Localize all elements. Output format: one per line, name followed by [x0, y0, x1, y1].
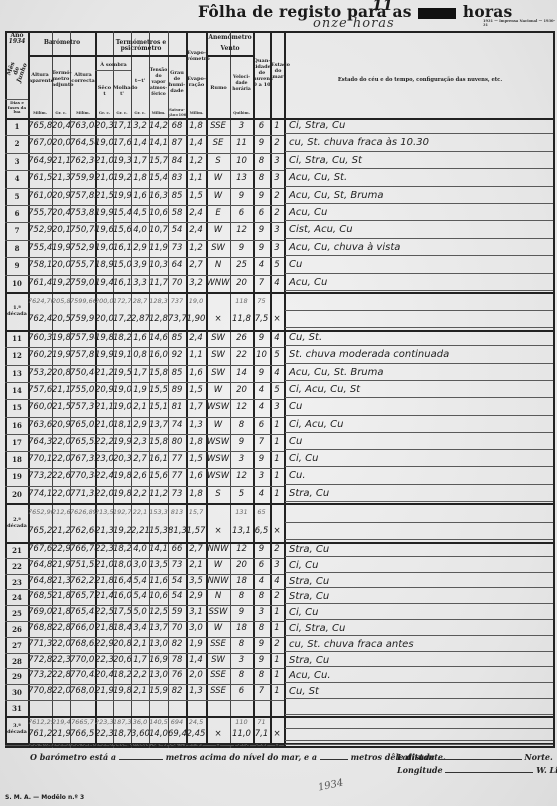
- remark-rule: [285, 698, 553, 699]
- cell-seco: 19,0: [95, 241, 113, 256]
- cell-molh: 19,1: [113, 348, 131, 363]
- cell-dif: 5,4: [131, 575, 149, 589]
- decade-sum-alt_cor: 7665,7: [70, 717, 95, 729]
- cell-molh: 19,2: [113, 171, 131, 186]
- decade-label: 3.ª década: [6, 723, 28, 735]
- ano-value: 1934: [6, 39, 28, 45]
- remark-text: Acu, Cu.: [289, 670, 331, 681]
- termometro-adjunto-header: Termó-metro adjunto: [52, 70, 70, 88]
- cell-molh: 17,1: [113, 119, 131, 134]
- cell-seco: 22,4: [95, 469, 113, 484]
- handwritten-hour-number: 11: [372, 0, 393, 14]
- month-mean-nuv: 7,0: [253, 745, 270, 747]
- cell-rumo: SW: [206, 366, 230, 381]
- cell-vel: 9: [230, 435, 253, 450]
- decade-mean-term: 21,26: [52, 523, 70, 541]
- cell-nuv: 9: [253, 654, 270, 668]
- cell-evap: 1,8: [186, 487, 206, 502]
- cell-grau: 54: [168, 590, 186, 604]
- cell-vel: 10: [230, 154, 253, 169]
- thermometers-header: Termómetros e psicrómetro: [96, 40, 186, 52]
- cell-evap: 2,4: [186, 206, 206, 221]
- cell-alt_ap: 773,20: [28, 669, 52, 683]
- cell-alt_cor: 763,08: [70, 119, 95, 134]
- day-number: 8: [6, 244, 28, 253]
- cell-vel: 14: [230, 366, 253, 381]
- cell-grau: 70: [168, 276, 186, 291]
- decade-mean-tensao: 15,33: [149, 523, 168, 541]
- decade-sum-grau: 813: [168, 504, 186, 522]
- cell-vel: 9: [230, 606, 253, 620]
- cell-dif: [131, 701, 149, 715]
- cell-dif: 1,7: [131, 654, 149, 668]
- cell-alt_ap: 771,35: [28, 638, 52, 652]
- cell-term: 22,9: [52, 543, 70, 557]
- cell-alt_ap: 772,85: [28, 654, 52, 668]
- cell-molh: 17,5: [113, 606, 131, 620]
- cell-mar: 2: [270, 136, 284, 151]
- cell-alt_cor: 770,42: [70, 669, 95, 683]
- cell-evap: 1,3: [186, 685, 206, 699]
- remark-rule: [285, 501, 553, 502]
- molhado-header: Molhado t': [113, 85, 131, 97]
- cell-term: 22,0: [52, 435, 70, 450]
- velocidade-header: Veloci-dade horária: [230, 75, 253, 93]
- cell-vel: 8: [230, 638, 253, 652]
- cell-alt_cor: 752,97: [70, 241, 95, 256]
- day-number: 26: [6, 625, 28, 634]
- month-mean-mar: ×: [270, 745, 284, 747]
- cell-mar: 1: [270, 435, 284, 450]
- cell-rumo: SW: [206, 348, 230, 363]
- cell-alt_cor: 757,94: [70, 331, 95, 346]
- latitude-blank[interactable]: [438, 752, 522, 760]
- cell-mar: 2: [270, 590, 284, 604]
- decade-sum-evap: 15,7: [186, 504, 206, 522]
- cell-molh: 15,0: [113, 258, 131, 273]
- cell-alt_cor: 771,35: [70, 487, 95, 502]
- cell-evap: 2,9: [186, 590, 206, 604]
- cell-molh: 19,3: [113, 154, 131, 169]
- decade-mean-evap: 1,90: [186, 311, 206, 328]
- cell-seco: 22,3: [95, 654, 113, 668]
- cell-molh: 19,9: [113, 189, 131, 204]
- cell-vel: 18: [230, 575, 253, 589]
- remark-rule: [285, 310, 553, 311]
- cell-evap: 1,4: [186, 136, 206, 151]
- seco-header: Sêco t: [96, 85, 113, 97]
- cell-tensao: 16,1: [149, 452, 168, 467]
- remark-rule: [285, 635, 553, 636]
- remark-rule: [285, 290, 553, 291]
- cell-alt_ap: 757,65: [28, 383, 52, 398]
- cell-term: 19,8: [52, 331, 70, 346]
- cell-alt_cor: 753,83: [70, 206, 95, 221]
- decade-label: 2.ª década: [6, 517, 28, 529]
- cell-vel: 3: [230, 119, 253, 134]
- day-number: 15: [6, 403, 28, 412]
- cell-rumo: W: [206, 223, 230, 238]
- cell-alt_ap: 755,40: [28, 241, 52, 256]
- decade-mean-grau: 69,4: [168, 729, 186, 741]
- decade-sum-alt_ap: 7652,90: [28, 504, 52, 522]
- decade-sum-tensao: 140,5: [149, 717, 168, 729]
- cell-mar: 2: [270, 638, 284, 652]
- decade-mean-tensao: 12,83: [149, 311, 168, 328]
- cell-alt_ap: 760,00: [28, 400, 52, 415]
- cell-dif: 3,9: [131, 258, 149, 273]
- decade-sum-evap: 19,0: [186, 293, 206, 310]
- cell-tensao: 16,3: [149, 189, 168, 204]
- remark-rule: [285, 682, 553, 683]
- remark-rule: [285, 345, 553, 346]
- cell-evap: 1,3: [186, 418, 206, 433]
- day-number: 5: [6, 192, 28, 201]
- cell-alt_cor: 768,62: [70, 638, 95, 652]
- cell-molh: 18,2: [113, 543, 131, 557]
- cell-tensao: 13,7: [149, 622, 168, 636]
- cell-alt_cor: 757,81: [70, 348, 95, 363]
- month-mean-dif: 2,86: [131, 745, 149, 747]
- barometer-note: O barómetro está a metros acima do nível…: [30, 752, 446, 762]
- cell-rumo: WSW: [206, 400, 230, 415]
- cell-evap: 1,5: [186, 189, 206, 204]
- remark-text: Cu: [289, 436, 302, 447]
- cell-rumo: W: [206, 383, 230, 398]
- cell-grau: [168, 701, 186, 715]
- cell-molh: 16,1: [113, 276, 131, 291]
- decade-sum-dif: 28,7: [131, 293, 149, 310]
- decade-sum-evap: 24,5: [186, 717, 206, 729]
- cell-term: 21,3: [52, 171, 70, 186]
- cell-alt_cor: 755,79: [70, 258, 95, 273]
- cell-molh: 20,8: [113, 638, 131, 652]
- remark-rule: [285, 619, 553, 620]
- cell-alt_cor: 765,05: [70, 418, 95, 433]
- cell-alt_ap: 761,00: [28, 189, 52, 204]
- redacted-hour-blot: [418, 8, 456, 19]
- cell-mar: 1: [270, 622, 284, 636]
- cell-alt_cor: 750,40: [70, 366, 95, 381]
- latitude-label: Latitude: [397, 752, 435, 762]
- cell-rumo: SW: [206, 331, 230, 346]
- cell-tensao: 15,5: [149, 383, 168, 398]
- cell-term: 20,4: [52, 206, 70, 221]
- remark-rule: [285, 666, 553, 667]
- altura-correcta-header: Altura correcta: [71, 72, 95, 84]
- cell-alt_ap: 752,90: [28, 223, 52, 238]
- cell-tensao: 13,0: [149, 669, 168, 683]
- decade-mean-seco: 20,00: [95, 311, 113, 328]
- cell-nuv: 6: [253, 206, 270, 221]
- day-number: 19: [6, 472, 28, 481]
- cell-alt_ap: 768,80: [28, 622, 52, 636]
- cell-dif: 2,9: [131, 241, 149, 256]
- cell-term: 21,5: [52, 400, 70, 415]
- cell-nuv: 4: [253, 487, 270, 502]
- cell-grau: 54: [168, 223, 186, 238]
- cell-molh: 19,5: [113, 366, 131, 381]
- cell-mar: 1: [270, 606, 284, 620]
- cell-vel: 11: [230, 136, 253, 151]
- cell-term: 21,8: [52, 606, 70, 620]
- barometer-distance-blank[interactable]: [320, 752, 348, 760]
- remark-text: cu, St. chuva fraca antes: [289, 639, 414, 650]
- cell-term: 21,3: [52, 575, 70, 589]
- cell-grau: 73: [168, 559, 186, 573]
- cell-rumo: WSW: [206, 469, 230, 484]
- cell-alt_ap: 761,55: [28, 171, 52, 186]
- cell-tensao: 11,7: [149, 276, 168, 291]
- cell-seco: 23,0: [95, 452, 113, 467]
- cell-evap: 1,8: [186, 119, 206, 134]
- cell-tensao: 14,2: [149, 119, 168, 134]
- cell-term: 22,8: [52, 622, 70, 636]
- day-number: 3: [6, 157, 28, 166]
- remark-rule: [285, 203, 553, 204]
- remark-text: Ci, Stra, Cu: [289, 120, 345, 131]
- cell-tensao: 15,4: [149, 171, 168, 186]
- decade-mean-alt_ap: 765,290: [28, 523, 52, 541]
- day-number: 7: [6, 226, 28, 235]
- cell-grau: 77: [168, 469, 186, 484]
- cell-grau: 77: [168, 452, 186, 467]
- cell-alt_ap: 767,00: [28, 136, 52, 151]
- cell-tensao: 11,2: [149, 487, 168, 502]
- column-divider: [284, 31, 286, 748]
- decade-sum-alt_cor: 7626,89: [70, 504, 95, 522]
- cell-rumo: SSE: [206, 119, 230, 134]
- cell-dif: 1,7: [131, 366, 149, 381]
- cell-mar: 3: [270, 400, 284, 415]
- cell-alt_cor: 766,78: [70, 543, 95, 557]
- unit-altura-aparente: Milím.: [29, 110, 51, 115]
- month-mean-alt_cor: 763,02: [70, 745, 95, 747]
- cell-mar: 1: [270, 654, 284, 668]
- cell-nuv: 9: [253, 189, 270, 204]
- decade-sum-term: 219,4: [52, 717, 70, 729]
- date-stamp: 1934: [317, 777, 344, 793]
- cell-alt_cor: 768,02: [70, 685, 95, 699]
- cell-mar: 3: [270, 559, 284, 573]
- decade-mean-alt_cor: 766,57: [70, 729, 95, 741]
- decade-mean-dif: 2,87: [131, 311, 149, 328]
- remark-text: Cu: [289, 259, 302, 270]
- altura-aparente-header: Altura aparente: [29, 72, 51, 84]
- cell-alt_ap: 764,85: [28, 575, 52, 589]
- cell-nuv: 8: [253, 171, 270, 186]
- month-mean-rumo: ×: [206, 745, 230, 747]
- cell-vel: 9: [230, 189, 253, 204]
- cell-seco: [95, 701, 113, 715]
- cell-molh: 19,0: [113, 383, 131, 398]
- cell-vel: 12: [230, 469, 253, 484]
- cell-term: 22,0: [52, 638, 70, 652]
- cell-grau: 89: [168, 383, 186, 398]
- cell-tensao: 13,7: [149, 418, 168, 433]
- cell-dif: 1,4: [131, 136, 149, 151]
- cell-dif: 2,3: [131, 435, 149, 450]
- cell-molh: 18,1: [113, 418, 131, 433]
- cell-alt_ap: 774,10: [28, 487, 52, 502]
- longitude-blank[interactable]: [445, 765, 533, 773]
- month-mean-molh: 18,410: [113, 745, 131, 747]
- cell-molh: 19,9: [113, 435, 131, 450]
- cell-tensao: 10,7: [149, 223, 168, 238]
- nuvens-header: Quan-tidade de nuvens 0 a 10: [253, 58, 271, 88]
- decade-mean-tensao: 14,05: [149, 729, 168, 741]
- cell-rumo: S: [206, 487, 230, 502]
- cell-alt_ap: 769,00: [28, 606, 52, 620]
- cell-mar: 2: [270, 189, 284, 204]
- cell-grau: 87: [168, 136, 186, 151]
- remark-rule: [285, 363, 553, 364]
- decade-sum-term: 205,8: [52, 293, 70, 310]
- cell-grau: 66: [168, 543, 186, 557]
- remark-text: Ci, Stra, Cu, St: [289, 155, 362, 166]
- decade-mean-alt_cor: 762,689: [70, 523, 95, 541]
- cell-term: 22,0: [52, 487, 70, 502]
- unit-diferenca: Gr. c.: [131, 110, 149, 115]
- cell-term: 20,9: [52, 418, 70, 433]
- cell-alt_cor: 759,93: [70, 171, 95, 186]
- cell-molh: [113, 701, 131, 715]
- remark-rule: [285, 466, 553, 467]
- cell-alt_ap: 770,80: [28, 685, 52, 699]
- remark-text: Ci, Cu: [289, 453, 318, 464]
- cell-molh: 16,0: [113, 590, 131, 604]
- remark-rule: [285, 484, 553, 485]
- cell-seco: 21,9: [95, 685, 113, 699]
- remark-rule: [285, 522, 553, 523]
- cell-evap: 2,4: [186, 223, 206, 238]
- cell-rumo: W: [206, 622, 230, 636]
- cell-evap: 1,8: [186, 435, 206, 450]
- remark-text: Cist, Acu, Cu: [289, 224, 353, 235]
- cell-grau: 73: [168, 241, 186, 256]
- cell-alt_cor: 770,06: [70, 654, 95, 668]
- cell-nuv: 3: [253, 469, 270, 484]
- cell-alt_ap: 770,10: [28, 452, 52, 467]
- cell-alt_cor: 759,03: [70, 276, 95, 291]
- cell-evap: 1,5: [186, 452, 206, 467]
- decade-sum-grau: 737: [168, 293, 186, 310]
- decade-mean-seco: 21,35: [95, 523, 113, 541]
- cell-dif: 5,4: [131, 590, 149, 604]
- barometer-height-blank[interactable]: [119, 752, 163, 760]
- cell-seco: 21,5: [95, 189, 113, 204]
- cell-seco: 21,4: [95, 590, 113, 604]
- remark-text: Acu, Cu, chuva à vista: [289, 242, 400, 253]
- remark-rule: [285, 380, 553, 381]
- cell-evap: 1,6: [186, 366, 206, 381]
- cell-term: 20,0: [52, 136, 70, 151]
- cell-molh: 18,2: [113, 669, 131, 683]
- cell-grau: 85: [168, 366, 186, 381]
- cell-seco: 19,9: [95, 348, 113, 363]
- remark-text: Acu, Cu, St. Bruma: [289, 367, 384, 378]
- cell-seco: 21,0: [95, 418, 113, 433]
- cell-alt_cor: 757,37: [70, 400, 95, 415]
- cell-rumo: SSW: [206, 606, 230, 620]
- cell-nuv: 6: [253, 119, 270, 134]
- cell-grau: 82: [168, 685, 186, 699]
- cell-vel: 9: [230, 241, 253, 256]
- cell-alt_ap: 760,25: [28, 348, 52, 363]
- decade-mean-nuv: 7,1: [253, 729, 270, 741]
- cell-alt_ap: 755,75: [28, 206, 52, 221]
- cell-mar: 1: [270, 119, 284, 134]
- cell-evap: 2,0: [186, 669, 206, 683]
- cell-nuv: 4: [253, 575, 270, 589]
- remark-text: St. chuva moderada continuada: [289, 349, 449, 360]
- cell-dif: 4,5: [131, 206, 149, 221]
- cell-mar: 4: [270, 575, 284, 589]
- cell-term: 22,3: [52, 654, 70, 668]
- cell-tensao: 16,9: [149, 654, 168, 668]
- cell-tensao: 15,1: [149, 400, 168, 415]
- remark-text: Cu.: [289, 470, 306, 481]
- day-number: 6: [6, 209, 28, 218]
- cell-vel: 22: [230, 348, 253, 363]
- decade-mean-term: 21,94: [52, 729, 70, 741]
- cell-nuv: 4: [253, 258, 270, 273]
- cell-tensao: 10,6: [149, 590, 168, 604]
- remark-rule: [285, 327, 553, 328]
- latitude-suffix: Norte.: [524, 752, 552, 762]
- cell-evap: 1,4: [186, 654, 206, 668]
- cell-dif: 2,1: [131, 685, 149, 699]
- cell-dif: 4,0: [131, 543, 149, 557]
- remark-rule: [285, 714, 553, 715]
- decade-mean-mar: ×: [270, 729, 284, 741]
- cell-molh: 15,4: [113, 206, 131, 221]
- cell-alt_cor: 765,41: [70, 606, 95, 620]
- cell-tensao: 12,5: [149, 606, 168, 620]
- remark-rule: [285, 397, 553, 398]
- cell-tensao: 13,0: [149, 638, 168, 652]
- cell-evap: 2,7: [186, 258, 206, 273]
- decade-mean-alt_ap: 762,47: [28, 311, 52, 328]
- unit-termometro-adjunto: Gr. c.: [52, 110, 70, 115]
- cell-alt_cor: 751,55: [70, 559, 95, 573]
- decade-mean-mar: ×: [270, 523, 284, 541]
- cell-dif: 2,2: [131, 487, 149, 502]
- cell-alt_ap: 773,20: [28, 469, 52, 484]
- day-number: 22: [6, 562, 28, 571]
- cell-mar: 1: [270, 469, 284, 484]
- cell-seco: 20,9: [95, 383, 113, 398]
- cell-vel: 8: [230, 590, 253, 604]
- cell-seco: 19,8: [95, 331, 113, 346]
- cell-mar: 1: [270, 685, 284, 699]
- remark-rule: [285, 728, 553, 729]
- cell-molh: 20,3: [113, 452, 131, 467]
- cell-seco: 21,0: [95, 154, 113, 169]
- decade-mean-alt_ap: 761,225: [28, 729, 52, 741]
- cell-tensao: 10,3: [149, 258, 168, 273]
- cell-alt_cor: 765,52: [70, 435, 95, 450]
- remark-text: Acu, Cu, St, Bruma: [289, 190, 384, 201]
- cell-evap: 1,1: [186, 348, 206, 363]
- remark-rule: [285, 273, 553, 274]
- month-mean-grau: 74,8: [168, 745, 186, 747]
- cell-seco: 19,0: [95, 136, 113, 151]
- cell-rumo: SW: [206, 241, 230, 256]
- cell-term: 22,6: [52, 469, 70, 484]
- remark-text: Acu, Cu: [289, 277, 327, 288]
- cell-dif: 3,0: [131, 559, 149, 573]
